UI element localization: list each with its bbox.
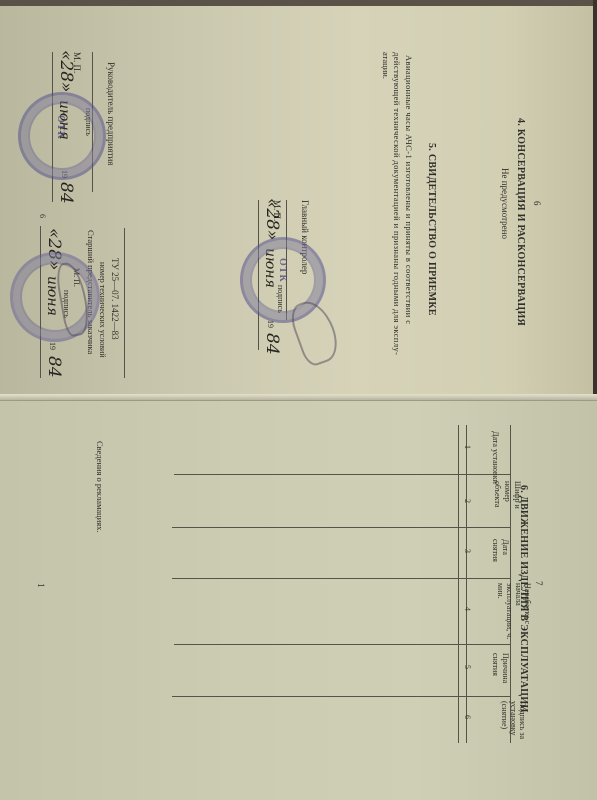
column-number: 6	[463, 715, 472, 719]
head-of-enterprise-date-year: 84	[56, 182, 76, 204]
page-number: 6	[532, 201, 542, 206]
table-column-separator	[172, 527, 510, 528]
column-number: 4	[463, 607, 472, 611]
table-column-separator	[174, 474, 510, 475]
section-4-title: 4. КОНСЕРВАЦИЯ И РАСКОНСЕРВАЦИЯ	[515, 118, 526, 326]
section-5-body-line-2: действующей технической документацией и …	[392, 52, 402, 355]
page-7: 7 6. ДВИЖЕНИЕ ИЗДЕЛИЯ В ЭКСПЛУАТАЦИИ Дат…	[0, 400, 597, 800]
head-of-enterprise-date-day: «28»	[56, 50, 76, 92]
chief-controller-date-year: 84	[262, 333, 282, 355]
table-column-separator	[172, 578, 510, 579]
section-5-body-line-1: Авиационные часы АЧС-1 изготовлены и при…	[404, 55, 414, 324]
column-header-operating-time: Наработка с начала эксплуатации, ч. мин.	[496, 583, 532, 641]
otk-stamp-head-of-enterprise: ОТК	[18, 92, 106, 180]
customer-rep-date-year-prefix: 19	[48, 342, 57, 350]
column-number: 2	[463, 499, 472, 503]
head-of-enterprise-title: Руководитель предприятия	[106, 62, 116, 165]
page-6: 6 4. КОНСЕРВАЦИЯ И РАСКОНСЕРВАЦИЯ Не пре…	[0, 0, 597, 400]
footer-mark: 1	[36, 583, 46, 588]
reclamations-label: Сведения о рекламациях.	[95, 441, 105, 533]
column-number: 1	[463, 445, 472, 449]
customer-rep-mark: 6	[38, 214, 47, 218]
column-header-date-installed: Дата установки	[490, 431, 500, 471]
chief-controller-signature	[286, 295, 344, 368]
column-number: 3	[463, 549, 472, 553]
tu-number-label: номер технических условий	[98, 262, 107, 358]
column-header-object-code: Шифр и номер объекта	[492, 481, 522, 525]
tu-number-line	[124, 228, 125, 378]
table-column-separator	[172, 696, 510, 697]
page-number: 7	[534, 581, 544, 586]
customer-rep-date-year: 84	[44, 356, 64, 378]
tu-number: ТУ 25—07. 1422—83	[110, 258, 120, 340]
column-number: 5	[463, 665, 472, 669]
section-4-note: Не предусмотрено	[500, 168, 510, 239]
column-header-signature: Подпись за установку (снятие)	[500, 701, 527, 743]
section-5-title: 5. СВИДЕТЕЛЬСТВО О ПРИЕМКЕ	[426, 143, 437, 316]
table-column-separator	[174, 644, 510, 645]
column-header-date-removed: Дата снятия	[490, 539, 510, 569]
column-header-removal-reason: Причина снятия	[490, 653, 510, 693]
chief-controller-date-day: «28»	[262, 198, 282, 240]
customer-rep-stamp	[10, 252, 100, 342]
section-5-body-line-3: атации.	[381, 52, 391, 79]
